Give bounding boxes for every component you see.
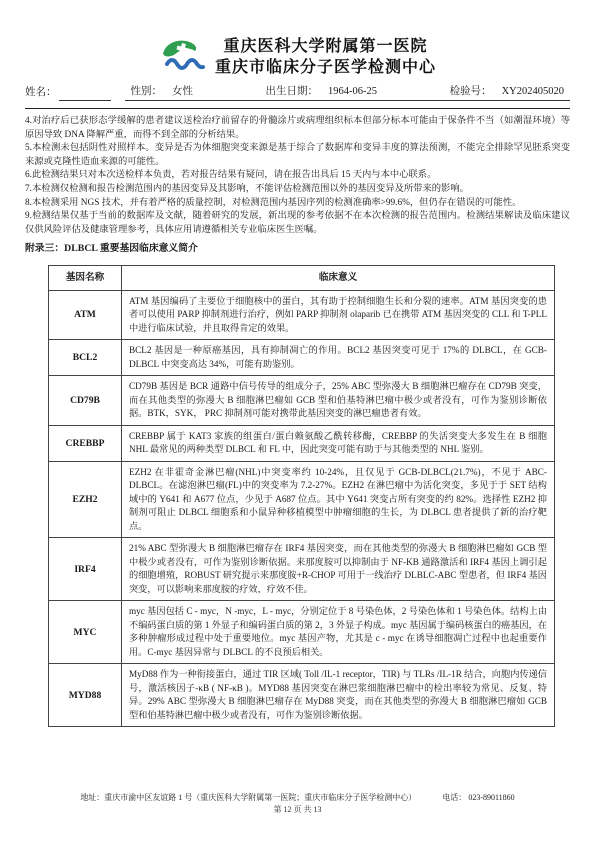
footer-phone: 023-89011860 <box>468 793 514 802</box>
gene-name-cell: IRF4 <box>49 538 122 601</box>
header-divider <box>25 108 570 109</box>
patient-name-label: 姓名： <box>25 85 59 101</box>
table-row: MYD88 MyD88 作为一种衔接蛋白，通过 TIR 区域( Toll /IL… <box>49 664 555 727</box>
gene-desc-cell: CD79B 基因是 BCR 通路中信号传导的组成分子，25% ABC 型弥漫大 … <box>122 376 555 426</box>
gene-name-cell: EZH2 <box>49 461 122 538</box>
patient-info-fields: 性别： 女性 出生日期： 1964-06-25 检验号： XY202405020 <box>125 84 571 101</box>
report-page: 重庆医科大学附属第一医院 重庆市临床分子医学检测中心 姓名： 性别： 女性 出生… <box>0 0 595 841</box>
hospital-name-line2: 重庆市临床分子医学检测中心 <box>215 57 436 78</box>
report-header: 重庆医科大学附属第一医院 重庆市临床分子医学检测中心 <box>0 0 595 78</box>
clinical-significance-header: 临床意义 <box>122 266 555 291</box>
gene-name-cell: MYC <box>49 601 122 664</box>
note-item-5: 5.本检测未包括阴性对照样本。变异是否为体细胞突变来源是基于综合了数据库和变异丰… <box>25 142 570 169</box>
hospital-titles: 重庆医科大学附属第一医院 重庆市临床分子医学检测中心 <box>215 36 436 78</box>
table-row: MYC myc 基因包括 C - myc，N -myc，L - myc，分别定位… <box>49 601 555 664</box>
note-item-9: 9.检测结果仅基于当前的数据库及文献，随着研究的发展，新出现的参考依据不在本次检… <box>25 210 570 237</box>
patient-gender-label: 性别： <box>131 84 163 99</box>
page-number: 第 12 页 共 13 <box>0 804 595 815</box>
gene-desc-cell: 21% ABC 型弥漫大 B 细胞淋巴瘤存在 IRF4 基因突变，而在其他类型的… <box>122 538 555 601</box>
hospital-name-line1: 重庆医科大学附属第一医院 <box>215 36 436 57</box>
gene-name-cell: BCL2 <box>49 340 122 376</box>
gene-name-cell: CREBBP <box>49 425 122 461</box>
table-header-row: 基因名称 临床意义 <box>49 266 555 291</box>
footer-address: 地址：重庆市渝中区友谊路 1 号（重庆医科大学附属第一医院；重庆市临床分子医学检… <box>80 793 416 802</box>
gene-desc-cell: EZH2 在非霍奇金淋巴瘤(NHL)中突变率约 10-24%，且仅见于 GCB-… <box>122 461 555 538</box>
table-row: CD79B CD79B 基因是 BCR 通路中信号传导的组成分子，25% ABC… <box>49 376 555 426</box>
patient-name-value <box>59 86 111 101</box>
patient-birth-label: 出生日期： <box>266 84 319 99</box>
table-row: IRF4 21% ABC 型弥漫大 B 细胞淋巴瘤存在 IRF4 基因突变，而在… <box>49 538 555 601</box>
report-notes: 4.对治疗后已获形态学缓解的患者建议送检治疗前留存的骨髓涂片或病理组织标本但部分… <box>25 115 570 237</box>
hospital-logo-icon <box>159 38 205 76</box>
patient-info-row: 姓名： 性别： 女性 出生日期： 1964-06-25 检验号： XY20240… <box>25 84 570 101</box>
note-item-6: 6.此检测结果只对本次送检样本负责，若对报告结果有疑问，请在报告出具后 15 天… <box>25 169 570 183</box>
gene-name-cell: CD79B <box>49 376 122 426</box>
footer-address-line: 地址：重庆市渝中区友谊路 1 号（重庆医科大学附属第一医院；重庆市临床分子医学检… <box>0 792 595 803</box>
gene-significance-table: 基因名称 临床意义 ATM ATM 基因编码了主要位于细胞核中的蛋白，其有助于控… <box>48 265 555 727</box>
table-row: EZH2 EZH2 在非霍奇金淋巴瘤(NHL)中突变率约 10-24%，且仅见于… <box>49 461 555 538</box>
gene-name-cell: ATM <box>49 290 122 340</box>
patient-gender-field: 性别： 女性 <box>125 84 200 99</box>
gene-name-header: 基因名称 <box>49 266 122 291</box>
note-item-8: 8.本检测采用 NGS 技术，并有着严格的质量控制，对检测范围内基因序列的检测准… <box>25 197 570 211</box>
gene-desc-cell: myc 基因包括 C - myc，N -myc，L - myc，分别定位于 8 … <box>122 601 555 664</box>
gene-desc-cell: MyD88 作为一种衔接蛋白，通过 TIR 区域( Toll /IL-1 rec… <box>122 664 555 727</box>
note-item-4: 4.对治疗后已获形态学缓解的患者建议送检治疗前留存的骨髓涂片或病理组织标本但部分… <box>25 115 570 142</box>
sample-number-label: 检验号： <box>450 84 492 99</box>
gene-desc-cell: BCL2 基因是一种原癌基因，具有抑制凋亡的作用。BCL2 基因突变可见于 17… <box>122 340 555 376</box>
patient-gender-value: 女性 <box>172 84 193 99</box>
gene-desc-cell: CREBBP 属于 KAT3 家族的组蛋白/蛋白赖氨酸乙酰转移酶，CREBBP … <box>122 425 555 461</box>
patient-birth-field: 出生日期： 1964-06-25 <box>260 84 384 99</box>
table-row: BCL2 BCL2 基因是一种原癌基因，具有抑制凋亡的作用。BCL2 基因突变可… <box>49 340 555 376</box>
note-item-7: 7.本检测仅检测和报告检测范围内的基因变异及其影响，不能评估检测范围以外的基因变… <box>25 183 570 197</box>
footer-phone-label: 电话： <box>442 793 466 802</box>
report-footer: 地址：重庆市渝中区友谊路 1 号（重庆医科大学附属第一医院；重庆市临床分子医学检… <box>0 792 595 815</box>
appendix-title: 附录三：DLBCL 重要基因临床意义简介 <box>25 241 570 256</box>
gene-desc-cell: ATM 基因编码了主要位于细胞核中的蛋白，其有助于控制细胞生长和分裂的速率。AT… <box>122 290 555 340</box>
patient-sample-field: 检验号： XY202405020 <box>444 84 570 99</box>
sample-number-value: XY202405020 <box>502 84 564 99</box>
gene-name-cell: MYD88 <box>49 664 122 727</box>
table-row: CREBBP CREBBP 属于 KAT3 家族的组蛋白/蛋白赖氨酸乙酰转移酶，… <box>49 425 555 461</box>
table-row: ATM ATM 基因编码了主要位于细胞核中的蛋白，其有助于控制细胞生长和分裂的速… <box>49 290 555 340</box>
patient-birth-value: 1964-06-25 <box>328 84 377 99</box>
